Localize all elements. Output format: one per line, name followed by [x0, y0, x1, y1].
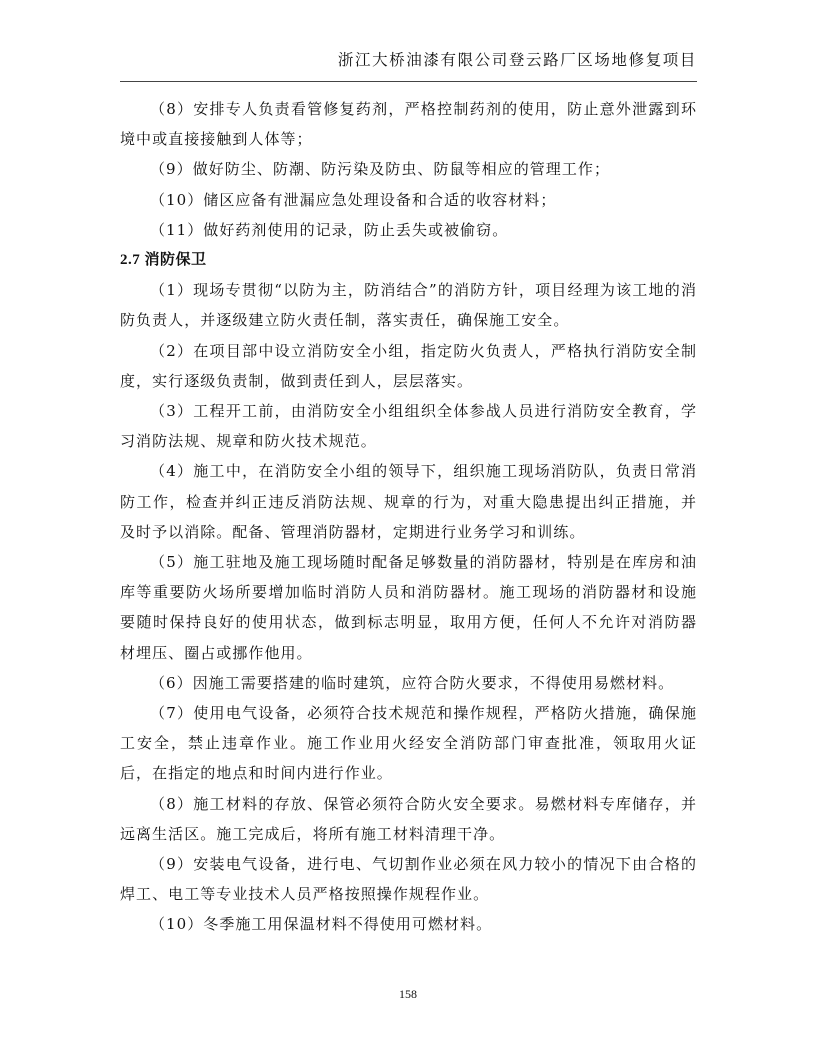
- paragraph: （1）现场专贯彻“以防为主，防消结合”的消防方针，项目经理为该工地的消防负责人，…: [120, 275, 697, 335]
- section-heading: 2.7 消防保卫: [120, 245, 697, 275]
- paragraph: （11）做好药剂使用的记录，防止丢失或被偷窃。: [120, 215, 697, 245]
- paragraph: （2）在项目部中设立消防安全小组，指定防火负责人，严格执行消防安全制度，实行逐级…: [120, 336, 697, 396]
- paragraph: （6）因施工需要搭建的临时建筑，应符合防火要求，不得使用易燃材料。: [120, 668, 697, 698]
- paragraph: （8）施工材料的存放、保管必须符合防火安全要求。易燃材料专库储存，并远离生活区。…: [120, 789, 697, 849]
- paragraph: （9）安装电气设备，进行电、气切割作业必须在风力较小的情况下由合格的焊工、电工等…: [120, 849, 697, 909]
- paragraph: （5）施工驻地及施工现场随时配备足够数量的消防器材，特别是在库房和油库等重要防火…: [120, 547, 697, 668]
- paragraph: （9）做好防尘、防潮、防污染及防虫、防鼠等相应的管理工作；: [120, 154, 697, 184]
- paragraph: （10）储区应备有泄漏应急处理设备和合适的收容材料；: [120, 185, 697, 215]
- document-body: （8）安排专人负责看管修复药剂，严格控制药剂的使用，防止意外泄露到环境中或直接接…: [120, 94, 697, 940]
- page-number: 158: [0, 987, 816, 1002]
- paragraph: （8）安排专人负责看管修复药剂，严格控制药剂的使用，防止意外泄露到环境中或直接接…: [120, 94, 697, 154]
- paragraph: （10）冬季施工用保温材料不得使用可燃材料。: [120, 909, 697, 939]
- page-header: 浙江大桥油漆有限公司登云路厂区场地修复项目: [120, 44, 697, 82]
- header-title: 浙江大桥油漆有限公司登云路厂区场地修复项目: [338, 48, 697, 70]
- paragraph: （3）工程开工前，由消防安全小组组织全体参战人员进行消防安全教育，学习消防法规、…: [120, 396, 697, 456]
- paragraph: （7）使用电气设备，必须符合技术规范和操作规程，严格防火措施，确保施工安全，禁止…: [120, 698, 697, 789]
- paragraph: （4）施工中，在消防安全小组的领导下，组织施工现场消防队，负责日常消防工作，检查…: [120, 456, 697, 547]
